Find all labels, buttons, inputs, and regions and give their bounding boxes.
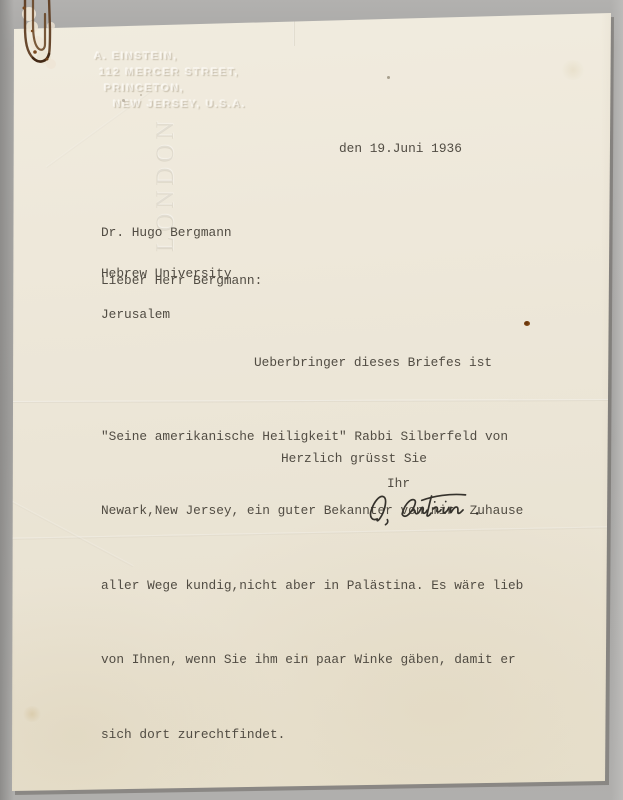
- red-ink-speck: [524, 321, 530, 326]
- letterhead-line-city: PRINCETON,: [104, 80, 246, 96]
- backdrop-shade-left: [0, 0, 14, 800]
- paper-speck: [140, 94, 142, 96]
- closing-line: Herzlich grüsst Sie: [281, 451, 427, 466]
- letterhead-line-name: A. EINSTEIN,: [94, 48, 246, 64]
- letter-body: Ueberbringer dieses Briefes ist "Seine a…: [101, 301, 551, 797]
- paper-speck: [122, 99, 125, 102]
- recipient-name: Dr. Hugo Bergmann: [101, 226, 232, 240]
- paperclip-rust-stain: [16, 0, 72, 74]
- paper-speck: [387, 76, 390, 79]
- signature-strokes: [357, 485, 508, 532]
- paper-stain: [560, 60, 586, 80]
- body-line: von Ihnen, wenn Sie ihm ein paar Winke g…: [101, 648, 551, 673]
- paper-stain: [22, 706, 42, 722]
- body-line: "Seine amerikanische Heiligkeit" Rabbi S…: [101, 425, 551, 450]
- body-line: Ueberbringer dieses Briefes ist: [254, 351, 551, 376]
- body-line: aller Wege kundig,nicht aber in Palästin…: [101, 574, 551, 599]
- letter-sheet: A. EINSTEIN, 112 MERCER STREET, PRINCETO…: [0, 0, 623, 800]
- date-line: den 19.Juni 1936: [339, 141, 462, 156]
- letterhead-line-street: 112 MERCER STREET,: [99, 64, 246, 80]
- signature-handwriting: [357, 485, 508, 532]
- paper-speck: [304, 655, 308, 658]
- edge-crease: [293, 12, 295, 46]
- salutation: Lieber Herr Bergmann:: [101, 273, 262, 288]
- body-line: sich dort zurechtfindet.: [101, 723, 551, 748]
